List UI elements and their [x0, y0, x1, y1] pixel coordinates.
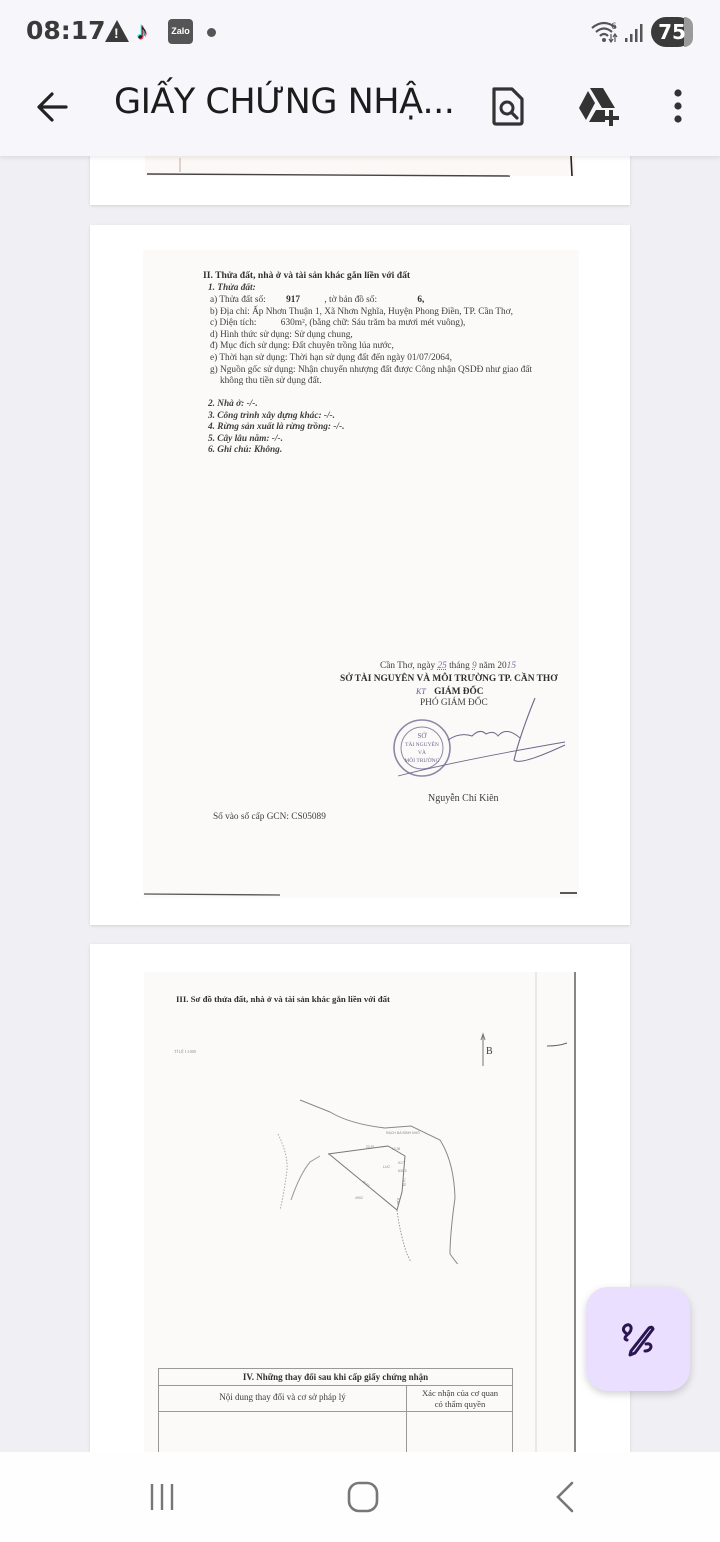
svg-text:6,86: 6,86	[396, 1198, 400, 1205]
svg-text:10,36: 10,36	[392, 1147, 400, 1151]
home-icon	[346, 1480, 380, 1514]
changes-table-title: IV. Những thay đổi sau khi cấp giấy chứn…	[159, 1369, 512, 1386]
battery-indicator: 75	[651, 17, 693, 47]
back-chevron-icon	[553, 1480, 577, 1514]
draw-pen-icon	[617, 1318, 659, 1360]
col-header-content: Nội dung thay đổi và cơ sở pháp lý	[159, 1386, 406, 1412]
col-header-line: có thẩm quyền	[407, 1399, 513, 1410]
annotate-fab-button[interactable]	[586, 1287, 690, 1391]
svg-text:4902: 4902	[355, 1196, 363, 1200]
col-header-line: Xác nhận của cơ quan	[407, 1388, 513, 1399]
add-to-drive-button[interactable]	[572, 80, 624, 132]
page-border-lines	[90, 225, 630, 925]
wifi-icon: 6	[590, 20, 620, 49]
home-button[interactable]	[333, 1474, 393, 1520]
svg-text:14,78: 14,78	[402, 1178, 406, 1186]
pdf-page-2: II. Thửa đất, nhà ở và tài sản khác gắn …	[90, 225, 630, 925]
zalo-icon: Zalo	[168, 19, 193, 44]
map-scale: TỈ LỆ 1:1000	[174, 1046, 196, 1058]
more-options-button[interactable]	[652, 80, 704, 132]
svg-text:RẠCH BÀ ĐÌNH NHỎ: RẠCH BÀ ĐÌNH NHỎ	[386, 1130, 420, 1135]
status-time: 08:17	[26, 16, 106, 45]
back-button[interactable]	[30, 84, 76, 130]
margin-mark	[545, 1040, 575, 1048]
svg-text:LUC: LUC	[383, 1165, 390, 1169]
app-bar: GIẤY CHỨNG NHẬ...	[0, 62, 720, 156]
search-in-document-button[interactable]	[482, 80, 534, 132]
screen: 08:17 ♪ Zalo 6 75	[0, 0, 720, 1542]
recents-icon	[147, 1482, 177, 1512]
svg-text:23,92: 23,92	[366, 1145, 374, 1149]
changes-table: IV. Những thay đổi sau khi cấp giấy chứn…	[158, 1368, 513, 1464]
col-header-confirmation: Xác nhận của cơ quan có thẩm quyền	[407, 1386, 513, 1412]
north-label: B	[486, 1046, 493, 1058]
pdf-page-3: III. Sơ đồ thửa đất, nhà ở và tài sản kh…	[90, 944, 630, 1464]
battery-level: 75	[658, 20, 686, 44]
system-back-button[interactable]	[535, 1474, 595, 1520]
svg-text:6: 6	[611, 22, 617, 32]
signal-icon	[624, 22, 644, 49]
section-iii-title: III. Sơ đồ thửa đất, nhà ở và tài sản kh…	[176, 994, 390, 1006]
system-nav-bar	[0, 1452, 720, 1542]
drive-add-icon	[575, 86, 621, 126]
svg-text:630,0: 630,0	[398, 1169, 407, 1173]
status-bar: 08:17 ♪ Zalo 6 75	[0, 0, 720, 62]
parcel-map: RẠCH BÀ ĐÌNH NHỎ 917 LUC 630,0 4902 23,9…	[270, 1084, 470, 1264]
arrow-back-icon	[30, 84, 76, 130]
document-title: GIẤY CHỨNG NHẬ...	[114, 82, 454, 122]
tiktok-icon: ♪	[136, 18, 148, 46]
search-document-icon	[490, 86, 526, 126]
dot-icon	[207, 28, 216, 37]
more-vert-icon	[672, 88, 684, 124]
svg-text:917: 917	[398, 1161, 404, 1165]
warning-icon	[105, 20, 129, 42]
recents-button[interactable]	[132, 1474, 192, 1520]
